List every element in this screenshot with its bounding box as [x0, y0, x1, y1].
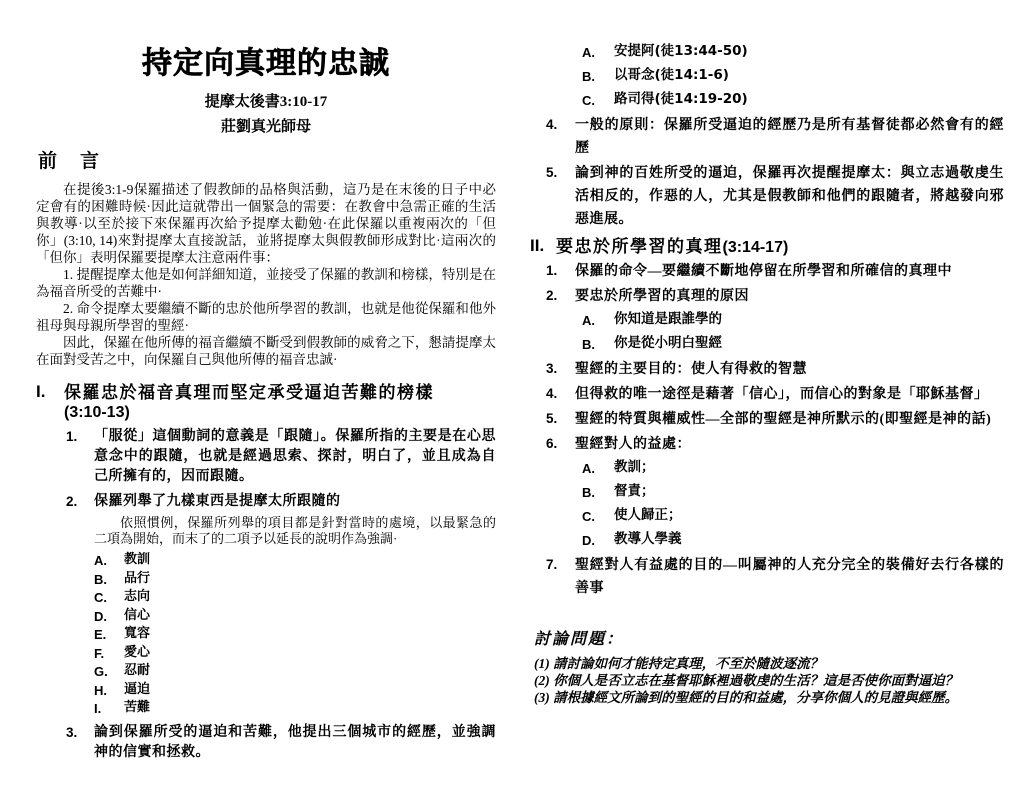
item-number: 3.: [546, 358, 575, 376]
item-letter: C.: [582, 88, 614, 112]
item-letter: I.: [94, 699, 124, 718]
item-text: 論到神的百姓所受的逼迫，保羅再次提醒提摩太：與立志過敬虔生活相反的，作惡的人，尤…: [575, 162, 1004, 231]
preface-paragraph-2: 1. 提醒提摩太他是如何詳細知道，並接受了保羅的教訓和榜樣，特別是在為福音所受的…: [36, 266, 496, 300]
item-letter: A.: [94, 551, 124, 570]
item-number: 1.: [546, 260, 575, 278]
item-label: 信心: [124, 607, 150, 625]
item-label: 督責；: [614, 480, 655, 503]
item-label: 寬容: [124, 625, 150, 643]
item-label: 路司得(徒14:19-20): [614, 88, 748, 111]
item-letter: F.: [94, 644, 124, 663]
item-label: 志向: [124, 588, 150, 606]
discussion-question-1: (1) 請討論如何才能持定真理，不至於隨波逐流？: [534, 655, 1004, 672]
outline-item-1-2: 2. 保羅列舉了九樣東西是提摩太所跟隨的: [66, 492, 496, 512]
item-label: 愛心: [124, 644, 150, 662]
followed-item-e: E. 寬容: [94, 625, 496, 644]
item-number: 7.: [546, 554, 575, 572]
city-item-b: B. 以哥念(徒14:1-6): [582, 64, 1004, 88]
section-2-ref: (3:14-17): [723, 239, 789, 256]
item-letter: G.: [94, 662, 124, 681]
outline-item-2-1: 1. 保羅的命令—要繼續不斷地停留在所學習和所確信的真理中: [546, 260, 1004, 283]
discussion-question-2: (2) 你個人是否立志在基督耶穌裡過敬虔的生活？這是否使你面對逼迫？: [534, 672, 1004, 689]
item-letter: E.: [94, 625, 124, 644]
item-number: 5.: [546, 408, 575, 426]
item-text: 使人有得救的智慧: [691, 362, 807, 377]
item-lead: 聖經的特質與權威性—: [575, 412, 720, 427]
section-2-heading: II. 要忠於所學習的真理(3:14-17): [530, 236, 1004, 258]
item-lead: 一般的原則：: [575, 118, 664, 133]
item-number: 1.: [66, 427, 94, 444]
section-2-numeral: II.: [530, 236, 556, 256]
item-text: 論到保羅所受的逼迫和苦難，他提出三個城市的經歷，並強調神的信實和拯救。: [94, 723, 496, 763]
item-lead: 聖經對人有益處的目的—: [575, 558, 738, 573]
document-page: 持定向真理的忠誠 提摩太後書3:10-17 莊劉真光師母 前 言 在提後3:1-…: [0, 0, 1024, 791]
item-letter: A.: [582, 456, 614, 480]
author-name: 莊劉真光師母: [36, 115, 496, 136]
item-letter: B.: [582, 64, 614, 88]
item-letter: D.: [582, 528, 614, 552]
item-label: 教訓: [124, 551, 150, 569]
section-2-title: 要忠於所學習的真理: [556, 237, 723, 256]
followed-item-a: A. 教訓: [94, 551, 496, 570]
item-label: 苦難: [124, 699, 150, 717]
followed-item-h: H. 逼迫: [94, 681, 496, 700]
outline-item-1-4: 4. 一般的原則：保羅所受逼迫的經歷乃是所有基督徒都必然會有的經歷: [546, 114, 1004, 160]
followed-item-b: B. 品行: [94, 570, 496, 589]
item-number: 2.: [66, 492, 94, 509]
reason-item-a: A. 你知道是跟誰學的: [582, 308, 1004, 332]
outline-item-2-2: 2. 要忠於所學習的真理的原因: [546, 285, 1004, 308]
item-letter: B.: [94, 570, 124, 589]
followed-item-d: D. 信心: [94, 607, 496, 626]
item-text: 全部的聖經是神所默示的(即聖經是神的話): [720, 412, 991, 427]
preface-paragraph-3: 2. 命令提摩太要繼續不斷的忠於他所學習的教訓，也就是他從保羅和他外祖母與母親所…: [36, 300, 496, 334]
item-letter: B.: [582, 332, 614, 356]
item-label: 你知道是跟誰學的: [614, 308, 722, 331]
item-text: 「服從」這個動詞的意義是「跟隨」。保羅所指的主要是在心思意念中的跟隨，也就是經過…: [94, 427, 496, 487]
scripture-reference: 提摩太後書3:10-17: [36, 90, 496, 111]
section-1-heading: I. 保羅忠於福音真理而堅定承受逼迫苦難的榜樣 (3:10-13): [36, 382, 496, 422]
item-number: 5.: [546, 162, 575, 180]
item-number: 2.: [546, 285, 575, 303]
discussion-section: 討論問題： (1) 請討論如何才能持定真理，不至於隨波逐流？ (2) 你個人是否…: [534, 626, 1004, 706]
item-label: 你是從小明白聖經: [614, 332, 722, 355]
preface-paragraph-4: 因此，保羅在他所傳的福音繼續不斷受到假教師的威脅之下，懇請提摩太在面對受苦之中，…: [36, 334, 496, 368]
item-1-2-note: 依照慣例，保羅所列舉的項目都是針對當時的處境，以最緊急的二項為開始，而末了的二項…: [94, 515, 496, 547]
followed-item-c: C. 志向: [94, 588, 496, 607]
outline-item-2-5: 5. 聖經的特質與權威性—全部的聖經是神所默示的(即聖經是神的話): [546, 408, 1004, 431]
item-letter: C.: [582, 504, 614, 528]
right-column: A. 安提阿(徒13:44-50) B. 以哥念(徒14:1-6) C. 路司得…: [530, 40, 1004, 706]
item-text: 聖經對人的益處：: [575, 433, 691, 456]
section-1-numeral: I.: [36, 382, 64, 402]
reason-item-b: B. 你是從小明白聖經: [582, 332, 1004, 356]
item-letter: B.: [582, 480, 614, 504]
item-lead: 聖經的主要目的：: [575, 362, 691, 377]
item-label: 使人歸正；: [614, 504, 682, 527]
item-label: 品行: [124, 570, 150, 588]
discussion-question-3: (3) 請根據經文所論到的聖經的目的和益處，分享你個人的見證與經歷。: [534, 689, 1004, 706]
outline-item-2-3: 3. 聖經的主要目的：使人有得救的智慧: [546, 358, 1004, 381]
item-label: 逼迫: [124, 681, 150, 699]
item-label: 忍耐: [124, 662, 150, 680]
left-column: 持定向真理的忠誠 提摩太後書3:10-17 莊劉真光師母 前 言 在提後3:1-…: [36, 36, 496, 763]
discussion-heading: 討論問題：: [534, 626, 1004, 649]
preface-heading: 前 言: [38, 146, 496, 173]
item-text: 保羅列舉了九樣東西是提摩太所跟隨的: [94, 492, 341, 512]
item-label: 教訓；: [614, 456, 655, 479]
item-text: 但得救的唯一途徑是藉著「信心」，而信心的對象是「耶穌基督」: [575, 383, 989, 406]
city-item-a: A. 安提阿(徒13:44-50): [582, 40, 1004, 64]
benefit-item-b: B. 督責；: [582, 480, 1004, 504]
item-letter: H.: [94, 681, 124, 700]
benefit-item-c: C. 使人歸正；: [582, 504, 1004, 528]
section-1-ref: (3:10-13): [64, 404, 130, 421]
page-title: 持定向真理的忠誠: [36, 38, 496, 82]
outline-item-2-6: 6. 聖經對人的益處：: [546, 433, 1004, 456]
item-letter: D.: [94, 607, 124, 626]
item-number: 4.: [546, 383, 575, 401]
outline-item-1-5: 5. 論到神的百姓所受的逼迫，保羅再次提醒提摩太：與立志過敬虔生活相反的，作惡的…: [546, 162, 1004, 231]
item-label: 安提阿(徒13:44-50): [614, 40, 748, 63]
item-text: 要繼續不斷地停留在所學習和所確信的真理中: [662, 264, 952, 279]
item-number: 3.: [66, 723, 94, 740]
outline-item-1-1: 1. 「服從」這個動詞的意義是「跟隨」。保羅所指的主要是在心思意念中的跟隨，也就…: [66, 427, 496, 487]
item-number: 4.: [546, 114, 575, 132]
item-number: 6.: [546, 433, 575, 451]
item-label: 以哥念(徒14:1-6): [614, 64, 729, 87]
preface-paragraph-1: 在提後3:1-9保羅描述了假教師的品格與活動，這乃是在末後的日子中必定會有的困難…: [36, 181, 496, 266]
outline-item-2-7: 7. 聖經對人有益處的目的—叫屬神的人充分完全的裝備好去行各樣的善事: [546, 554, 1004, 600]
item-letter: A.: [582, 40, 614, 64]
section-1-title: 保羅忠於福音真理而堅定承受逼迫苦難的榜樣: [64, 383, 434, 402]
followed-item-f: F. 愛心: [94, 644, 496, 663]
item-label: 教導人學義: [614, 528, 682, 551]
item-text: 要忠於所學習的真理的原因: [575, 285, 749, 308]
followed-item-i: I. 苦難: [94, 699, 496, 718]
item-letter: A.: [582, 308, 614, 332]
outline-item-2-4: 4. 但得救的唯一途徑是藉著「信心」，而信心的對象是「耶穌基督」: [546, 383, 1004, 406]
city-item-c: C. 路司得(徒14:19-20): [582, 88, 1004, 112]
item-letter: C.: [94, 588, 124, 607]
item-lead: 保羅的命令—: [575, 264, 662, 279]
benefit-item-a: A. 教訓；: [582, 456, 1004, 480]
followed-item-g: G. 忍耐: [94, 662, 496, 681]
benefit-item-d: D. 教導人學義: [582, 528, 1004, 552]
outline-item-1-3: 3. 論到保羅所受的逼迫和苦難，他提出三個城市的經歷，並強調神的信實和拯救。: [66, 723, 496, 763]
